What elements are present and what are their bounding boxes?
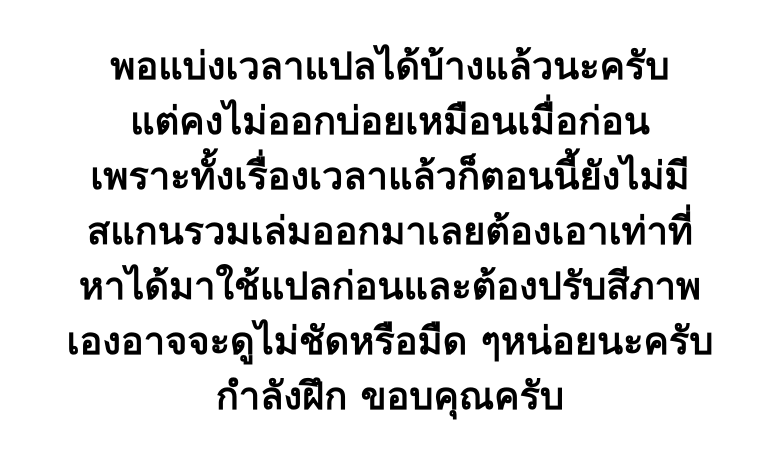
- translator-note: พอแบ่งเวลาแปลได้บ้างแล้วนะครับ แต่คงไม่อ…: [0, 0, 780, 473]
- text-line-6: เองอาจจะดูไม่ชัดหรือมืด ๆหน่อยนะครับ: [67, 314, 714, 369]
- text-line-4: สแกนรวมเล่มออกมาเลยต้องเอาเท่าที่: [87, 204, 693, 259]
- text-line-7: กำลังฝึก ขอบคุณครับ: [216, 369, 564, 424]
- text-line-5: หาได้มาใช้แปลก่อนและต้องปรับสีภาพ: [79, 259, 701, 314]
- text-line-2: แต่คงไม่ออกบ่อยเหมือนเมื่อก่อน: [130, 94, 650, 149]
- text-line-1: พอแบ่งเวลาแปลได้บ้างแล้วนะครับ: [110, 39, 669, 94]
- text-line-3: เพราะทั้งเรื่องเวลาแล้วก็ตอนนี้ยังไม่มี: [90, 149, 689, 204]
